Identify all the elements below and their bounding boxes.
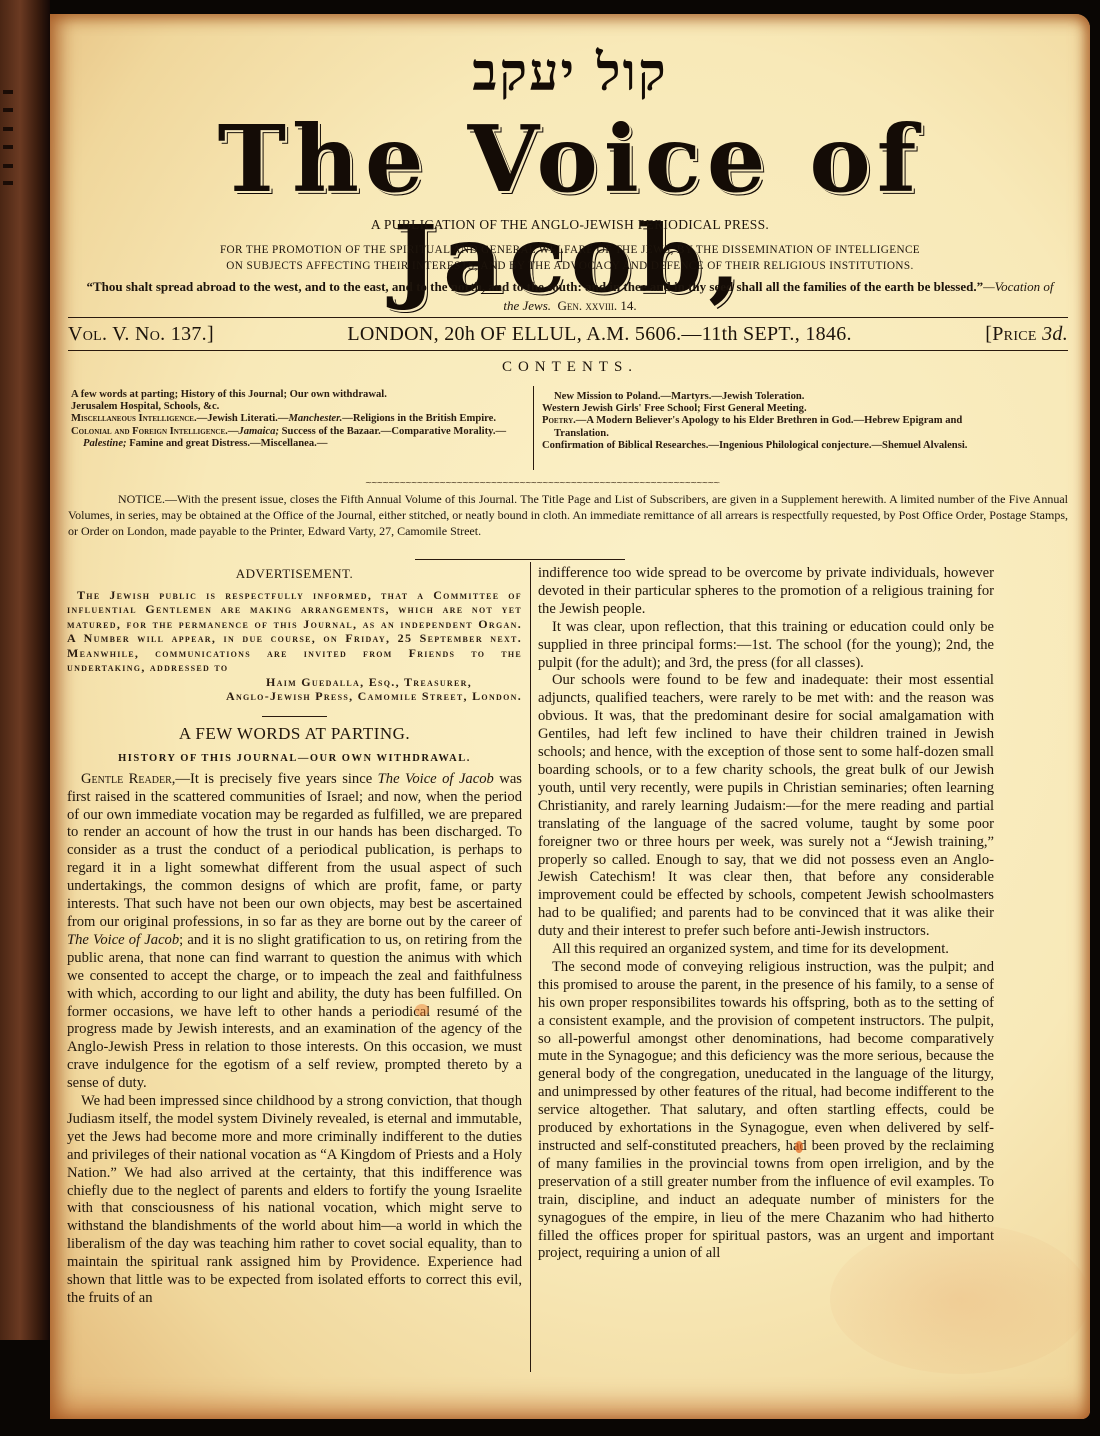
- journal-name: The Voice of Jacob: [67, 932, 179, 948]
- spine-mark: [3, 90, 13, 94]
- contents-item: A few words at parting; History of this …: [71, 389, 523, 401]
- header-rule-top: [68, 317, 1068, 318]
- article-paragraph: The second mode of conveying religious i…: [538, 959, 994, 1263]
- salutation: Gentle Reader,: [81, 771, 175, 787]
- contents-left-column: A few words at parting; History of this …: [71, 389, 523, 450]
- article-paragraph: Gentle Reader,—It is precisely five year…: [67, 771, 522, 1093]
- advertisement-body: The Jewish public is respectfully inform…: [67, 588, 522, 675]
- left-column: ADVERTISEMENT. The Jewish public is resp…: [67, 565, 522, 1308]
- contents-item: Jerusalem Hospital, Schools, &c.: [71, 401, 523, 413]
- motto-text: “Thou shalt spread abroad to the west, a…: [86, 279, 983, 294]
- motto-reference: Gen. xxviii. 14.: [558, 298, 637, 313]
- advertisement-address: Anglo-Jewish Press, Camomile Street, Lon…: [67, 689, 522, 704]
- motto: “Thou shalt spread abroad to the west, a…: [80, 277, 1060, 315]
- contents-item: Miscellaneous Intelligence.—Jewish Liter…: [71, 413, 523, 425]
- contents-item: New Mission to Poland.—Martyrs.—Jewish T…: [542, 391, 1000, 403]
- price-label: [Price: [985, 323, 1036, 345]
- advertisement-signature: Haim Guedalla, Esq., Treasurer,: [67, 675, 522, 690]
- issue-line: Vol. V. No. 137.] LONDON, 20h OF ELLUL, …: [68, 323, 1068, 346]
- notice: NOTICE.—With the present issue, closes t…: [68, 492, 1068, 539]
- contents-item: Western Jewish Girls' Free School; First…: [542, 403, 1000, 415]
- article-paragraph: Our schools were found to be few and ina…: [538, 672, 994, 941]
- spine-mark: [3, 164, 13, 168]
- issue-date: LONDON, 20h OF ELLUL, A.M. 5606.—11th SE…: [347, 323, 851, 346]
- section-rule: [262, 716, 327, 717]
- article-paragraph: It was clear, upon reflection, that this…: [538, 619, 994, 673]
- spine-mark: [3, 108, 13, 112]
- contents-right-column: New Mission to Poland.—Martyrs.—Jewish T…: [542, 391, 1000, 452]
- price: [Price 3d.: [985, 323, 1068, 346]
- contents-item: Poetry.—A Modern Believer's Apology to h…: [542, 415, 1000, 439]
- mission-statement: FOR THE PROMOTION OF THE SPIRITUAL AND G…: [70, 242, 1070, 274]
- spine-mark: [3, 127, 13, 131]
- contents-divider: [533, 386, 534, 470]
- mission-line: ON SUBJECTS AFFECTING THEIR INTERESTS, A…: [70, 258, 1070, 274]
- header-rule-bottom: [68, 350, 1068, 351]
- volume-number: Vol. V. No. 137.]: [68, 323, 214, 346]
- article-paragraph: indifference too wide spread to be overc…: [538, 565, 994, 619]
- article-title: A FEW WORDS AT PARTING.: [67, 725, 522, 743]
- journal-name: The Voice of Jacob: [378, 771, 494, 787]
- book-spine: [0, 0, 50, 1340]
- contents-item: Confirmation of Biblical Researches.—Ing…: [542, 440, 1000, 452]
- article-paragraph: We had been impressed since childhood by…: [67, 1093, 522, 1308]
- spine-mark: [3, 181, 13, 185]
- mission-line: FOR THE PROMOTION OF THE SPIRITUAL AND G…: [70, 242, 1070, 258]
- price-value: 3d.: [1042, 323, 1068, 345]
- advertisement-title: ADVERTISEMENT.: [67, 565, 522, 583]
- column-divider: [530, 562, 531, 1372]
- article-subtitle: HISTORY OF THIS JOURNAL—OUR OWN WITHDRAW…: [67, 750, 522, 768]
- publication-line: A PUBLICATION OF THE ANGLO-JEWISH PERIOD…: [50, 217, 1090, 233]
- contents-title: CONTENTS.: [50, 359, 1090, 376]
- right-column: indifference too wide spread to be overc…: [538, 565, 994, 1263]
- hebrew-title: קול יעקב: [50, 42, 1090, 103]
- spine-mark: [3, 145, 13, 149]
- notice-rule: [415, 559, 625, 560]
- newspaper-page: קול יעקב The Voice of Jacob, A PUBLICATI…: [50, 14, 1090, 1419]
- article-paragraph: All this required an organized system, a…: [538, 941, 994, 959]
- contents-item: Colonial and Foreign Intelligence.—Jamai…: [71, 426, 523, 450]
- wavy-rule: ~~~~~~~~~~~~~~~~~~~~~~~~~~~~~~~~~~~~~~~~…: [365, 478, 720, 484]
